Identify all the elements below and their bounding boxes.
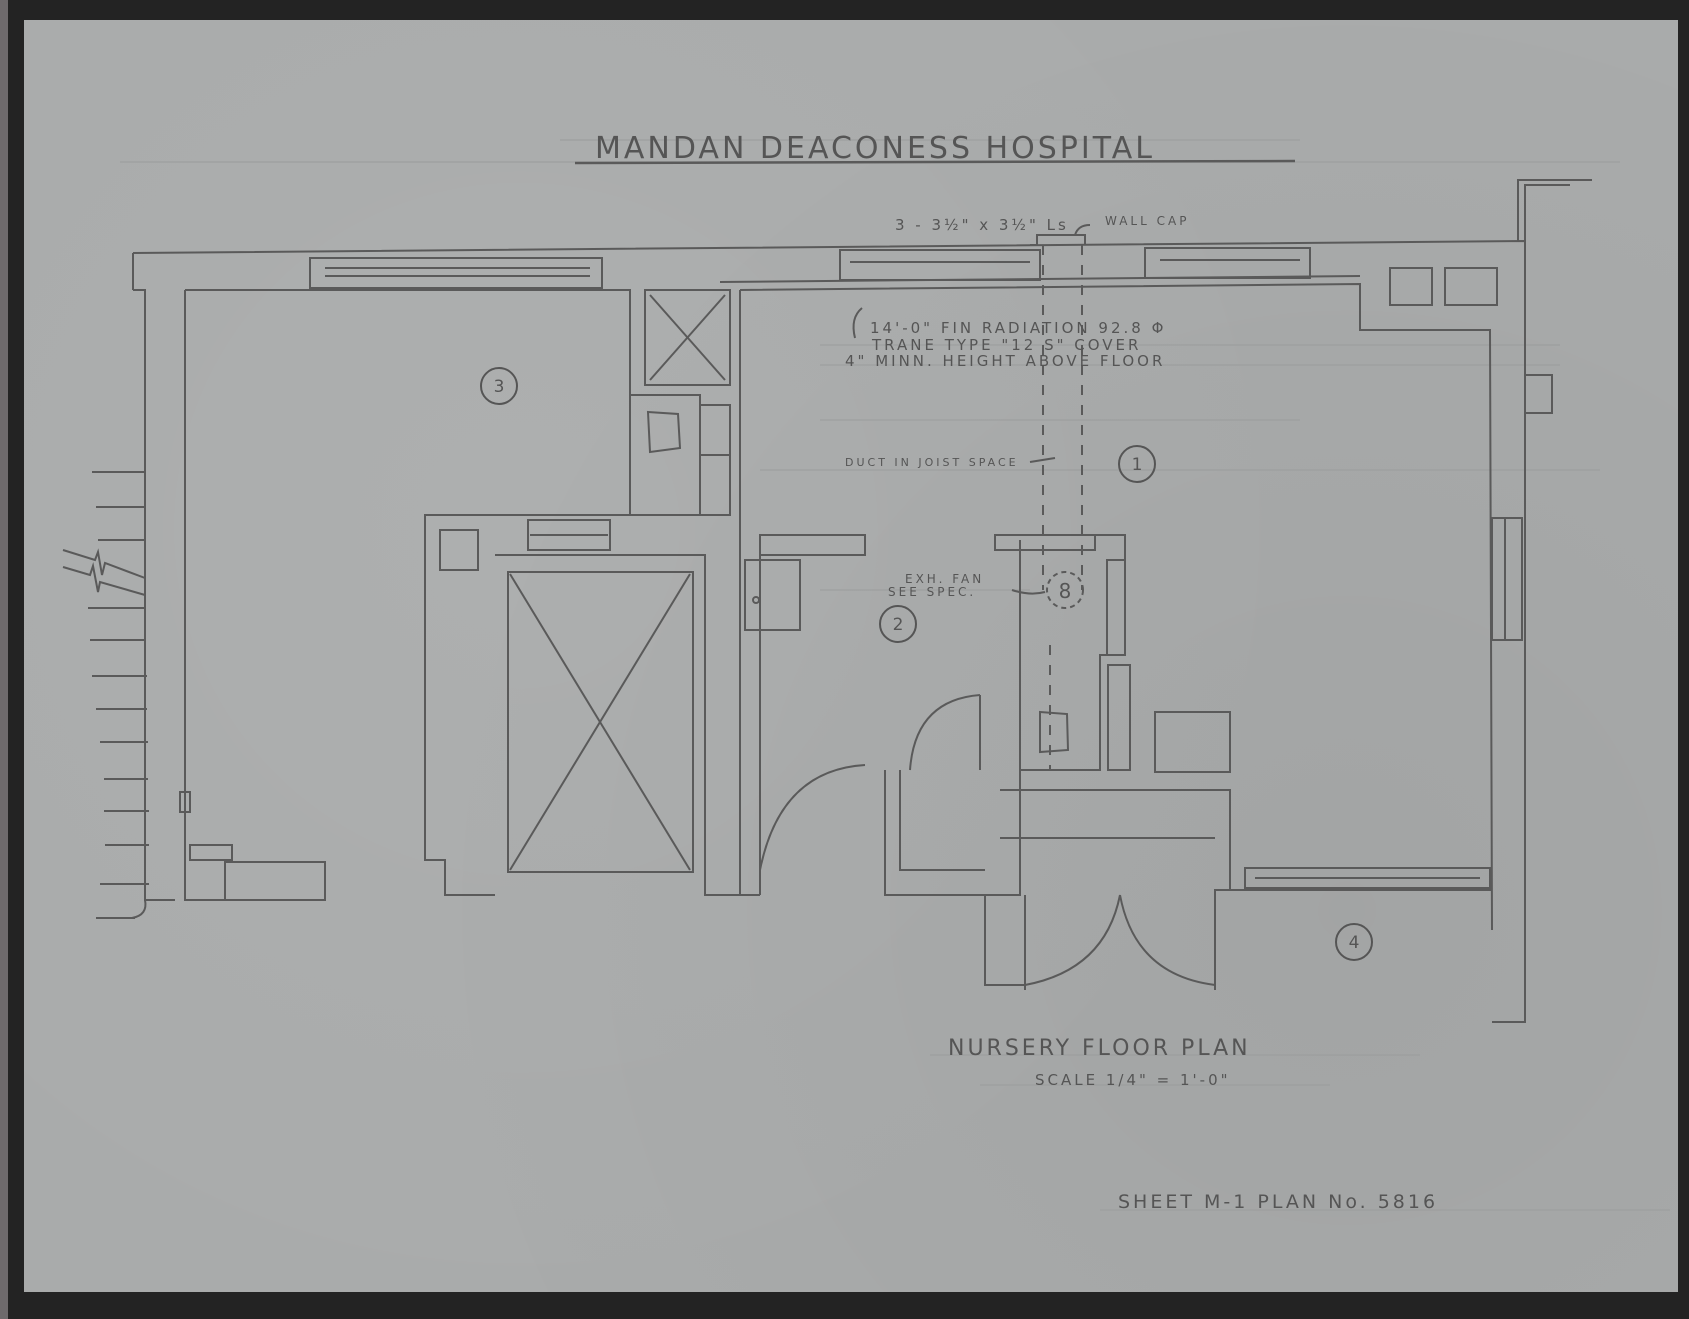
exhaust-fan-icon: 8	[1059, 579, 1072, 603]
exh-fan-note-2: SEE SPEC.	[888, 585, 976, 599]
scale-note: SCALE 1/4" = 1'-0"	[1035, 1071, 1231, 1089]
radiation-note-3: 4" MINN. HEIGHT ABOVE FLOOR	[845, 352, 1165, 370]
wall-lines	[63, 140, 1670, 1210]
angles-note: 3 - 3½" x 3½" Ls	[895, 216, 1069, 234]
duct-note: DUCT IN JOIST SPACE	[845, 456, 1019, 469]
floor-plan-drawing: MANDAN DEACONESS HOSPITAL 3 - 3½" x 3½" …	[0, 0, 1689, 1319]
plan-title: NURSERY FLOOR PLAN	[948, 1036, 1251, 1061]
room-3-label: 3	[494, 377, 505, 397]
wall-cap-note: WALL CAP	[1105, 214, 1189, 228]
room-4-label: 4	[1349, 933, 1360, 953]
room-2-label: 2	[893, 615, 904, 635]
drawing-title: MANDAN DEACONESS HOSPITAL	[595, 131, 1155, 166]
room-1-label: 1	[1132, 455, 1143, 475]
exh-fan-note-1: EXH. FAN	[905, 572, 984, 586]
radiation-note-1: 14'-0" FIN RADIATION 92.8 Φ	[870, 319, 1166, 337]
sheet-info: SHEET M-1 PLAN No. 5816	[1118, 1191, 1438, 1213]
